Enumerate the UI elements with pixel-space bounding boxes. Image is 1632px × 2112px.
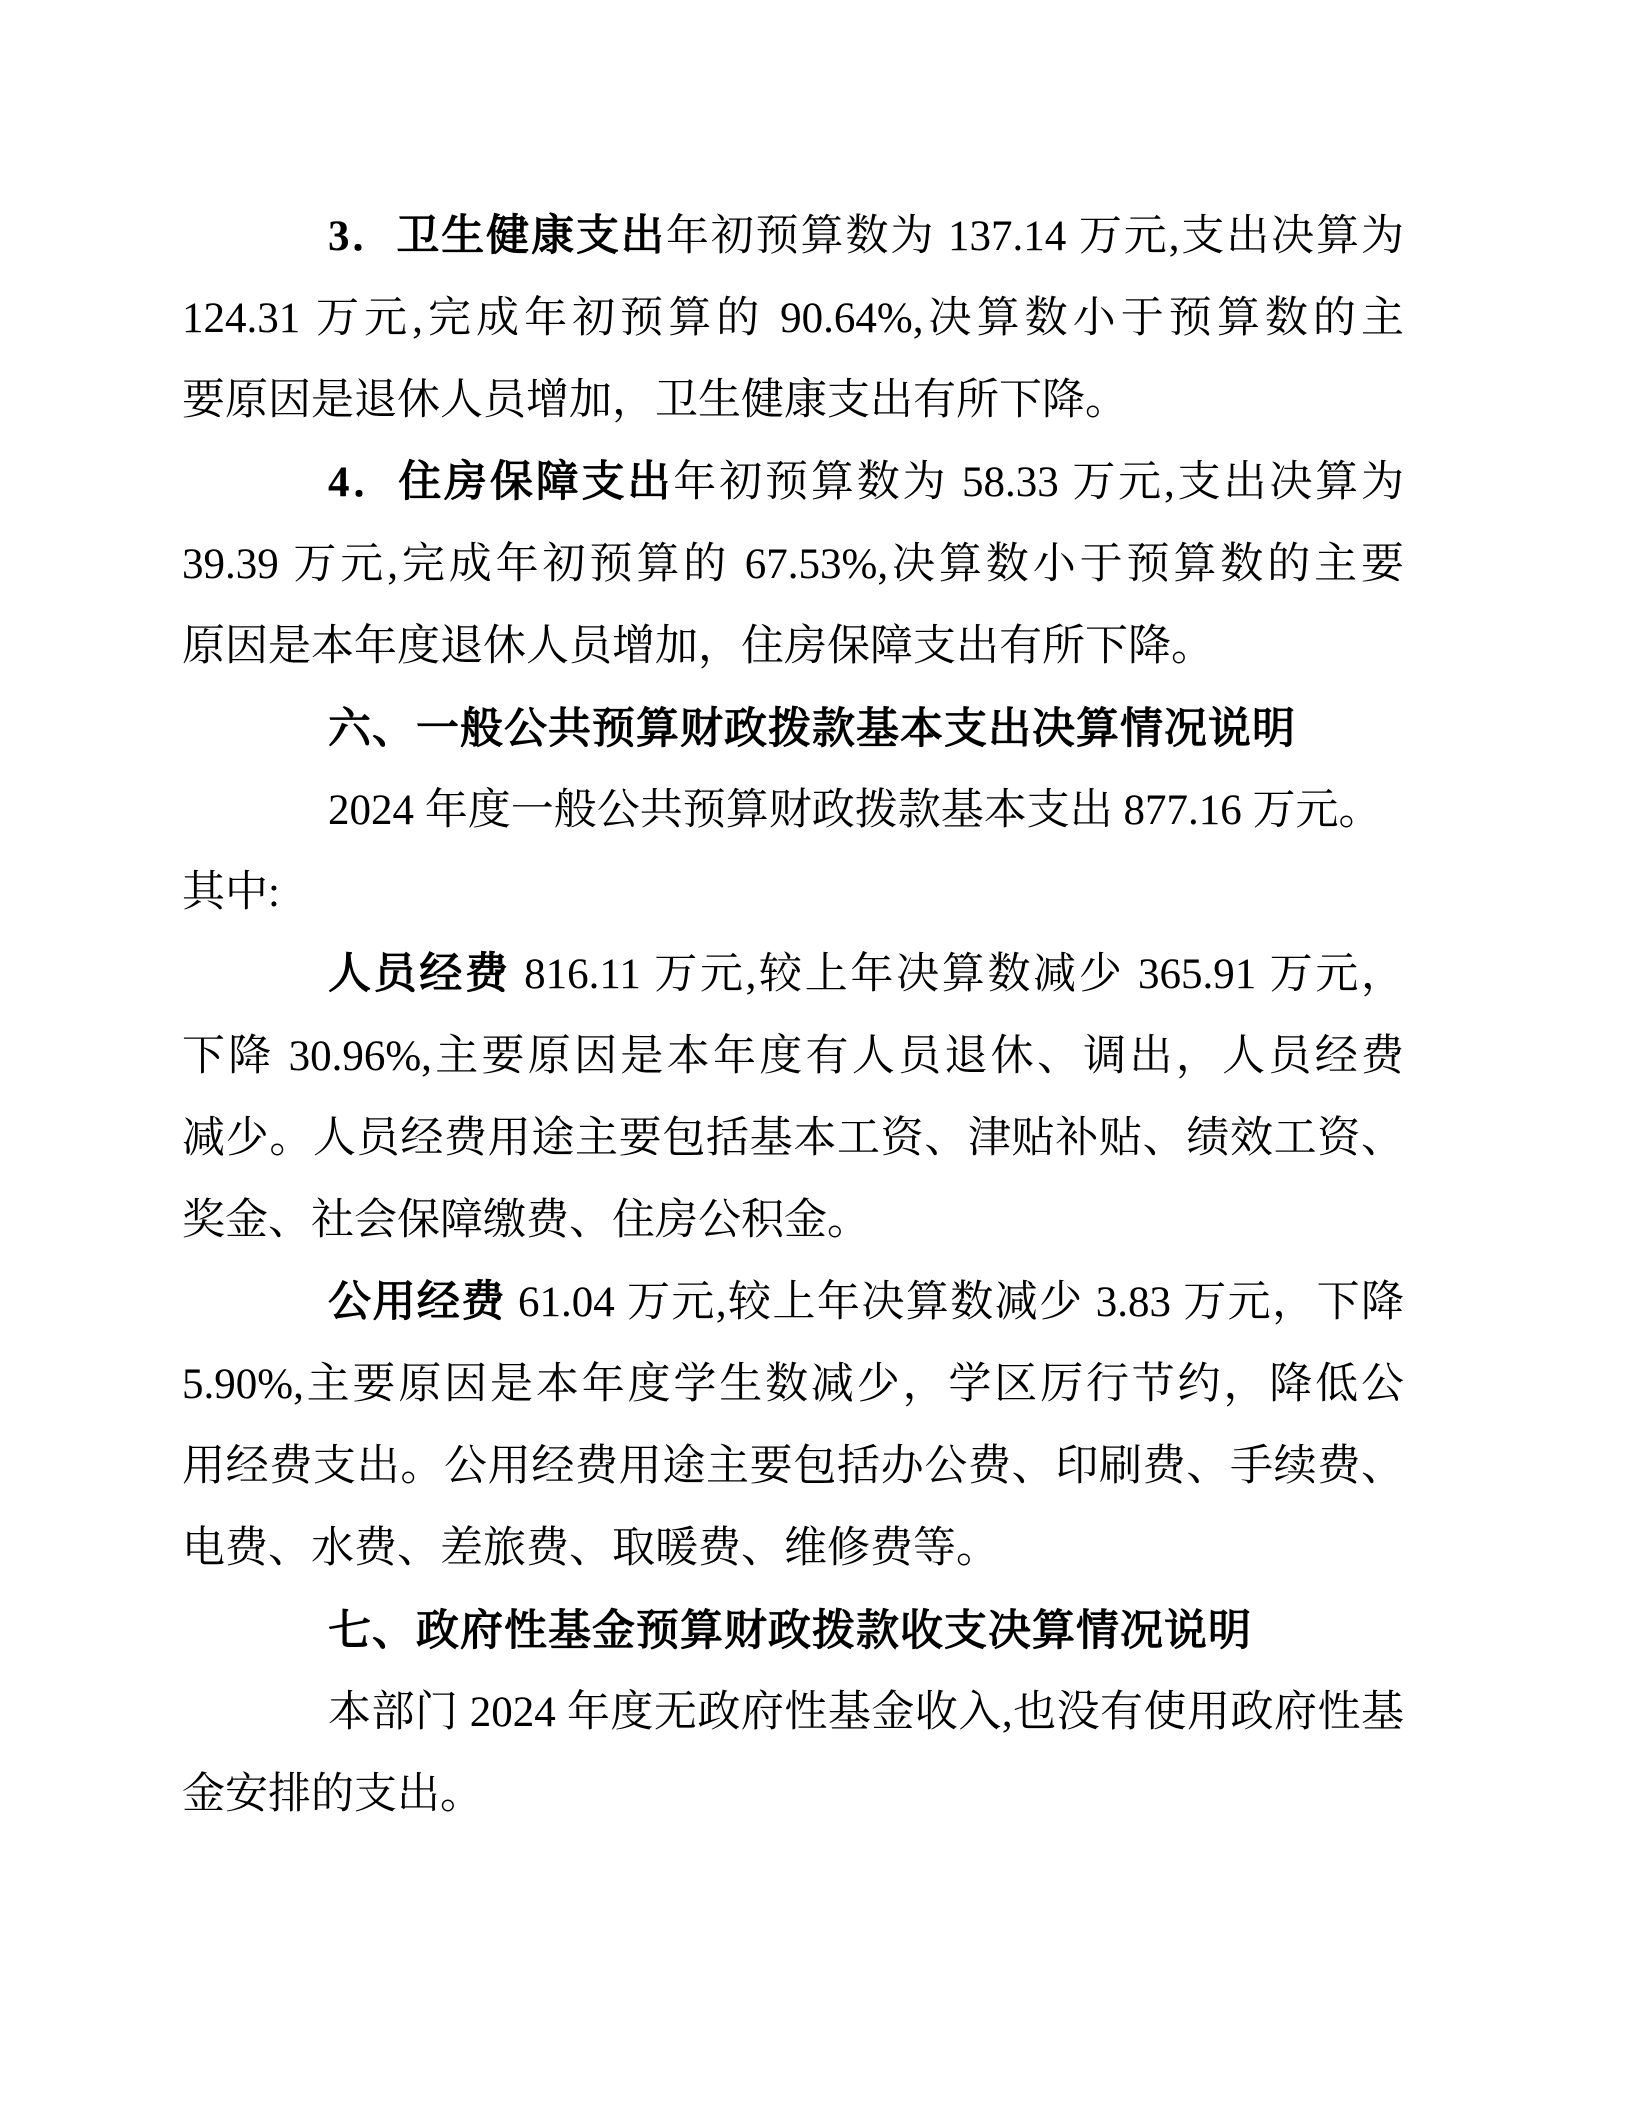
text-run: 公用经费 bbox=[328, 1279, 506, 1326]
text-run: 本部门 2024 年度无政府性基金收入,也没有使用政府性基 bbox=[328, 1689, 1404, 1736]
text-run: 电费、水费、差旅费、取暖费、维修费等。 bbox=[182, 1525, 999, 1572]
section-heading: 六、一般公共预算财政拨款基本支出决算情况说明 bbox=[182, 688, 1404, 770]
text-run: 减少。人员经费用途主要包括基本工资、津贴补贴、绩效工资、 bbox=[182, 1115, 1404, 1162]
text-run: 人员经费 bbox=[328, 951, 511, 998]
text-line: 其中: bbox=[182, 852, 1404, 934]
text-run: 3．卫生健康支出 bbox=[328, 213, 666, 260]
text-line: 3．卫生健康支出年初预算数为 137.14 万元,支出决算为 bbox=[182, 196, 1404, 278]
text-run: 39.39 万元,完成年初预算的 67.53%,决算数小于预算数的主要 bbox=[182, 541, 1404, 588]
text-line: 金安排的支出。 bbox=[182, 1754, 1404, 1836]
text-run: 年初预算数为 137.14 万元,支出决算为 bbox=[666, 213, 1404, 260]
text-run: 2024 年度一般公共预算财政拨款基本支出 877.16 万元。 bbox=[328, 787, 1382, 834]
text-run: 其中: bbox=[182, 869, 280, 916]
text-line: 奖金、社会保障缴费、住房公积金。 bbox=[182, 1180, 1404, 1262]
section-heading: 七、政府性基金预算财政拨款收支决算情况说明 bbox=[182, 1590, 1404, 1672]
text-line: 4．住房保障支出年初预算数为 58.33 万元,支出决算为 bbox=[182, 442, 1404, 524]
text-run: 816.11 万元,较上年决算数减少 365.91 万元， bbox=[511, 951, 1404, 998]
text-run: 124.31 万元,完成年初预算的 90.64%,决算数小于预算数的主 bbox=[182, 295, 1404, 342]
document-text-block: 3．卫生健康支出年初预算数为 137.14 万元,支出决算为124.31 万元,… bbox=[182, 196, 1404, 1836]
text-run: 用经费支出。公用经费用途主要包括办公费、印刷费、手续费、 bbox=[182, 1443, 1404, 1490]
text-line: 124.31 万元,完成年初预算的 90.64%,决算数小于预算数的主 bbox=[182, 278, 1404, 360]
text-line: 2024 年度一般公共预算财政拨款基本支出 877.16 万元。 bbox=[182, 770, 1404, 852]
text-run: 下降 30.96%,主要原因是本年度有人员退休、调出，人员经费 bbox=[182, 1033, 1404, 1080]
text-run: 5.90%,主要原因是本年度学生数减少，学区厉行节约，降低公 bbox=[182, 1361, 1404, 1408]
text-line: 下降 30.96%,主要原因是本年度有人员退休、调出，人员经费 bbox=[182, 1016, 1404, 1098]
text-run: 原因是本年度退休人员增加，住房保障支出有所下降。 bbox=[182, 623, 1214, 670]
text-run: 金安排的支出。 bbox=[182, 1771, 483, 1818]
text-line: 本部门 2024 年度无政府性基金收入,也没有使用政府性基 bbox=[182, 1672, 1404, 1754]
text-run: 61.04 万元,较上年决算数减少 3.83 万元，下降 bbox=[506, 1279, 1404, 1326]
text-line: 电费、水费、差旅费、取暖费、维修费等。 bbox=[182, 1508, 1404, 1590]
text-line: 原因是本年度退休人员增加，住房保障支出有所下降。 bbox=[182, 606, 1404, 688]
text-run: 奖金、社会保障缴费、住房公积金。 bbox=[182, 1197, 870, 1244]
text-run: 要原因是退休人员增加，卫生健康支出有所下降。 bbox=[182, 377, 1128, 424]
text-line: 减少。人员经费用途主要包括基本工资、津贴补贴、绩效工资、 bbox=[182, 1098, 1404, 1180]
text-line: 要原因是退休人员增加，卫生健康支出有所下降。 bbox=[182, 360, 1404, 442]
text-line: 公用经费 61.04 万元,较上年决算数减少 3.83 万元，下降 bbox=[182, 1262, 1404, 1344]
text-line: 用经费支出。公用经费用途主要包括办公费、印刷费、手续费、 bbox=[182, 1426, 1404, 1508]
text-line: 5.90%,主要原因是本年度学生数减少，学区厉行节约，降低公 bbox=[182, 1344, 1404, 1426]
document-page: 3．卫生健康支出年初预算数为 137.14 万元,支出决算为124.31 万元,… bbox=[0, 0, 1632, 2112]
text-run: 年初预算数为 58.33 万元,支出决算为 bbox=[673, 459, 1404, 506]
text-line: 39.39 万元,完成年初预算的 67.53%,决算数小于预算数的主要 bbox=[182, 524, 1404, 606]
text-run: 六、一般公共预算财政拨款基本支出决算情况说明 bbox=[328, 705, 1296, 753]
text-run: 4．住房保障支出 bbox=[328, 459, 673, 506]
text-run: 七、政府性基金预算财政拨款收支决算情况说明 bbox=[328, 1607, 1252, 1655]
text-line: 人员经费 816.11 万元,较上年决算数减少 365.91 万元， bbox=[182, 934, 1404, 1016]
